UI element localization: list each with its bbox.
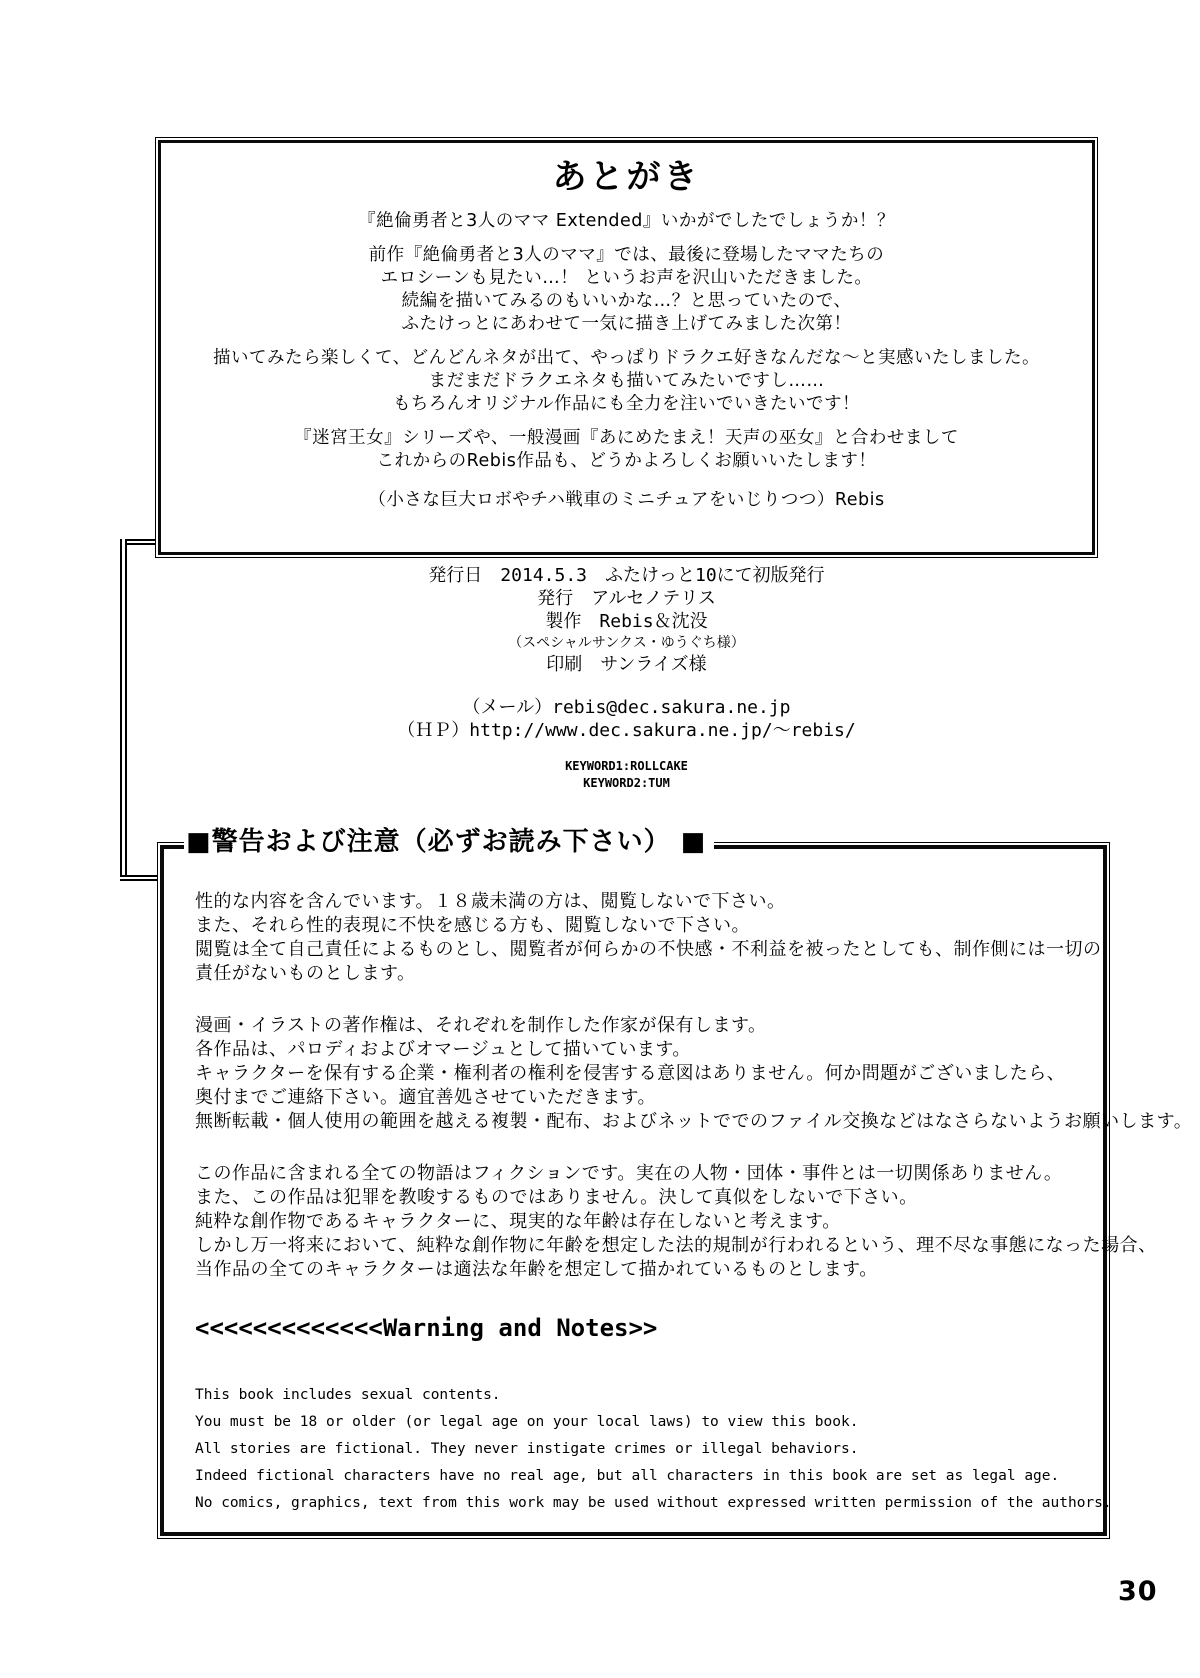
warning-english-line: You must be 18 or older (or legal age on… [195,1409,1082,1436]
afterword-line: エロシーンも見たい…！ というお声を沢山いただきました。 [168,267,1085,290]
colophon-publish-date: 発行日 2014.5.3 ふたけっと10にて初版発行 [155,564,1098,587]
afterword-line: もちろんオリジナル作品にも全力を注いでいきたいです！ [168,393,1085,416]
afterword-line: これからのRebis作品も、どうかよろしくお願いいたします！ [168,450,1085,473]
colophon-mail: （メール）rebis@dec.sakura.ne.jp [155,696,1098,719]
warning-body: 性的な内容を含んでいます。１８歳未満の方は、閲覧しないで下さい。 また、それら性… [171,856,1096,1525]
warning-line: 純粋な創作物であるキャラクターに、現実的な年齢は存在しないと考えます。 [195,1210,1082,1234]
connector-vertical-line [120,539,127,877]
connector-bottom-line [120,875,160,881]
page-number: 30 [1118,1576,1158,1607]
afterword-signature: （小さな巨大ロボやチハ戦車のミニチュアをいじりつつ）Rebis [168,489,1085,512]
afterword-line: 『絶倫勇者と3人のママ Extended』いかがでしたでしょうか！？ [168,210,1085,233]
afterword-line: 『迷宮王女』シリーズや、一般漫画『あにめたまえ！天声の巫女』と合わせまして [168,427,1085,450]
colophon-printing: 印刷 サンライズ様 [155,653,1098,676]
colophon-production: 製作 Rebis＆沈没 [155,610,1098,633]
afterword-line: （小さな巨大ロボやチハ戦車のミニチュアをいじりつつ）Rebis [168,489,1085,512]
warning-line: この作品に含まれる全ての物語はフィクションです。実在の人物・団体・事件とは一切関… [195,1162,1082,1186]
afterword-line: 続編を描いてみるのもいいかな…？と思っていたので、 [168,290,1085,313]
colophon-keyword1: KEYWORD1:ROLLCAKE [155,758,1098,775]
warning-paragraph: 性的な内容を含んでいます。１８歳未満の方は、閲覧しないで下さい。 また、それら性… [195,890,1082,986]
warning-paragraph: この作品に含まれる全ての物語はフィクションです。実在の人物・団体・事件とは一切関… [195,1162,1082,1282]
doujinshi-afterword-page: あとがき 『絶倫勇者と3人のママ Extended』いかがでしたでしょうか！？ … [0,0,1200,1678]
afterword-paragraph: 前作『絶倫勇者と3人のママ』では、最後に登場したママたちの エロシーンも見たい…… [168,244,1085,336]
warning-line: 責任がないものとします。 [195,962,1082,986]
afterword-paragraph: 描いてみたら楽しくて、どんどんネタが出て、やっぱりドラクエ好きなんだな～と実感い… [168,347,1085,416]
afterword-box-inner-border: あとがき 『絶倫勇者と3人のママ Extended』いかがでしたでしょうか！？ … [158,140,1095,555]
warning-line: 漫画・イラストの著作権は、それぞれを制作した作家が保有します。 [195,1014,1082,1038]
afterword-paragraph: 『迷宮王女』シリーズや、一般漫画『あにめたまえ！天声の巫女』と合わせまして これ… [168,427,1085,473]
warning-line: 各作品は、パロディおよびオマージュとして描いています。 [195,1038,1082,1062]
afterword-line: ふたけっとにあわせて一気に描き上げてみました次第！ [168,313,1085,336]
colophon-homepage: （ＨＰ）http://www.dec.sakura.ne.jp/～rebis/ [155,719,1098,742]
warning-paragraph: 漫画・イラストの著作権は、それぞれを制作した作家が保有します。 各作品は、パロデ… [195,1014,1082,1134]
warning-english-body: This book includes sexual contents. You … [195,1382,1082,1517]
warning-english-line: Indeed fictional characters have no real… [195,1463,1082,1490]
warning-line: 性的な内容を含んでいます。１８歳未満の方は、閲覧しないで下さい。 [195,890,1082,914]
colophon-keyword2: KEYWORD2:TUM [155,775,1098,792]
afterword-box: あとがき 『絶倫勇者と3人のママ Extended』いかがでしたでしょうか！？ … [155,137,1098,558]
afterword-paragraph: 『絶倫勇者と3人のママ Extended』いかがでしたでしょうか！？ [168,210,1085,233]
afterword-line: 描いてみたら楽しくて、どんどんネタが出て、やっぱりドラクエ好きなんだな～と実感い… [168,347,1085,370]
warning-box: ■警告および注意（必ずお読み下さい） ■ 性的な内容を含んでいます。１８歳未満の… [157,842,1110,1539]
colophon-special-thanks: （スペシャルサンクス・ゆうぐち様） [155,633,1098,653]
afterword-title: あとがき [168,154,1085,200]
warning-english-line: All stories are fictional. They never in… [195,1436,1082,1463]
warning-title: ■警告および注意（必ずお読み下さい） ■ [184,825,714,859]
warning-line: 当作品の全てのキャラクターは適法な年齢を想定して描かれているものとします。 [195,1258,1082,1282]
afterword-line: まだまだドラクエネタも描いてみたいですし…… [168,370,1085,393]
warning-line: 奥付までご連絡下さい。適宜善処させていただきます。 [195,1086,1082,1110]
warning-english-line: No comics, graphics, text from this work… [195,1490,1082,1517]
warning-english-title: <<<<<<<<<<<<<Warning and Notes>> [195,1312,1082,1344]
warning-line: しかし万一将来において、純粋な創作物に年齢を想定した法的規制が行われるという、理… [195,1234,1082,1258]
warning-box-inner-border: 性的な内容を含んでいます。１８歳未満の方は、閲覧しないで下さい。 また、それら性… [160,845,1107,1536]
warning-line: 無断転載・個人使用の範囲を越える複製・配布、およびネットででのファイル交換などは… [195,1110,1082,1134]
colophon: 発行日 2014.5.3 ふたけっと10にて初版発行 発行 アルセノテリス 製作… [155,564,1098,792]
warning-line: キャラクターを保有する企業・権利者の権利を侵害する意図はありません。何か問題がご… [195,1062,1082,1086]
warning-line: また、それら性的表現に不快を感じる方も、閲覧しないで下さい。 [195,914,1082,938]
warning-english-line: This book includes sexual contents. [195,1382,1082,1409]
colophon-publisher: 発行 アルセノテリス [155,587,1098,610]
afterword-line: 前作『絶倫勇者と3人のママ』では、最後に登場したママたちの [168,244,1085,267]
warning-line: 閲覧は全て自己責任によるものとし、閲覧者が何らかの不快感・不利益を被ったとしても… [195,938,1082,962]
warning-line: また、この作品は犯罪を教唆するものではありません。決して真似をしないで下さい。 [195,1186,1082,1210]
afterword-content: あとがき 『絶倫勇者と3人のママ Extended』いかがでしたでしょうか！？ … [168,150,1085,545]
